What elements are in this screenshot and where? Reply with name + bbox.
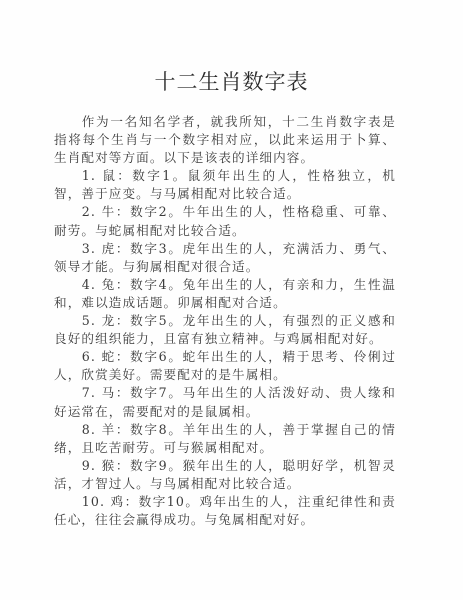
list-item: 7. 马：数字7。马年出生的人活泼好动、贵人缘和好运常在，需要配对的是鼠属相。 — [54, 384, 396, 420]
list-item: 2. 牛：数字2。牛年出生的人，性格稳重、可靠、耐劳。与蛇属相配对比较合适。 — [54, 203, 396, 239]
list-item: 3. 虎：数字3。虎年出生的人，充满活力、勇气、领导才能。与狗属相配对很合适。 — [54, 240, 396, 276]
document-title: 十二生肖数字表 — [0, 66, 463, 96]
document-page: 十二生肖数字表 作为一名知名学者，就我所知，十二生肖数字表是指将每个生肖与一个数… — [0, 0, 463, 600]
list-item: 4. 兔：数字4。兔年出生的人，有亲和力，生性温和，难以造成话题。卯属相配对合适… — [54, 276, 396, 312]
list-item: 6. 蛇：数字6。蛇年出生的人，精于思考、伶俐过人，欣赏美好。需要配对的是牛属相… — [54, 348, 396, 384]
list-item: 9. 猴：数字9。猴年出生的人，聪明好学，机智灵活，才智过人。与鸟属相配对比较合… — [54, 457, 396, 493]
intro-paragraph: 作为一名知名学者，就我所知，十二生肖数字表是指将每个生肖与一个数字相对应，以此来… — [54, 113, 396, 167]
list-item: 8. 羊：数字8。羊年出生的人，善于掌握自己的情绪，且吃苦耐劳。可与猴属相配对。 — [54, 421, 396, 457]
document-body: 作为一名知名学者，就我所知，十二生肖数字表是指将每个生肖与一个数字相对应，以此来… — [54, 113, 396, 529]
list-item: 10. 鸡：数字10。鸡年出生的人，注重纪律性和责任心，往往会赢得成功。与兔属相… — [54, 493, 396, 529]
list-item: 5. 龙：数字5。龙年出生的人，有强烈的正义感和良好的组织能力，且富有独立精神。… — [54, 312, 396, 348]
list-item: 1. 鼠：数字1。鼠须年出生的人，性格独立，机智，善于应变。与马属相配对比较合适… — [54, 167, 396, 203]
